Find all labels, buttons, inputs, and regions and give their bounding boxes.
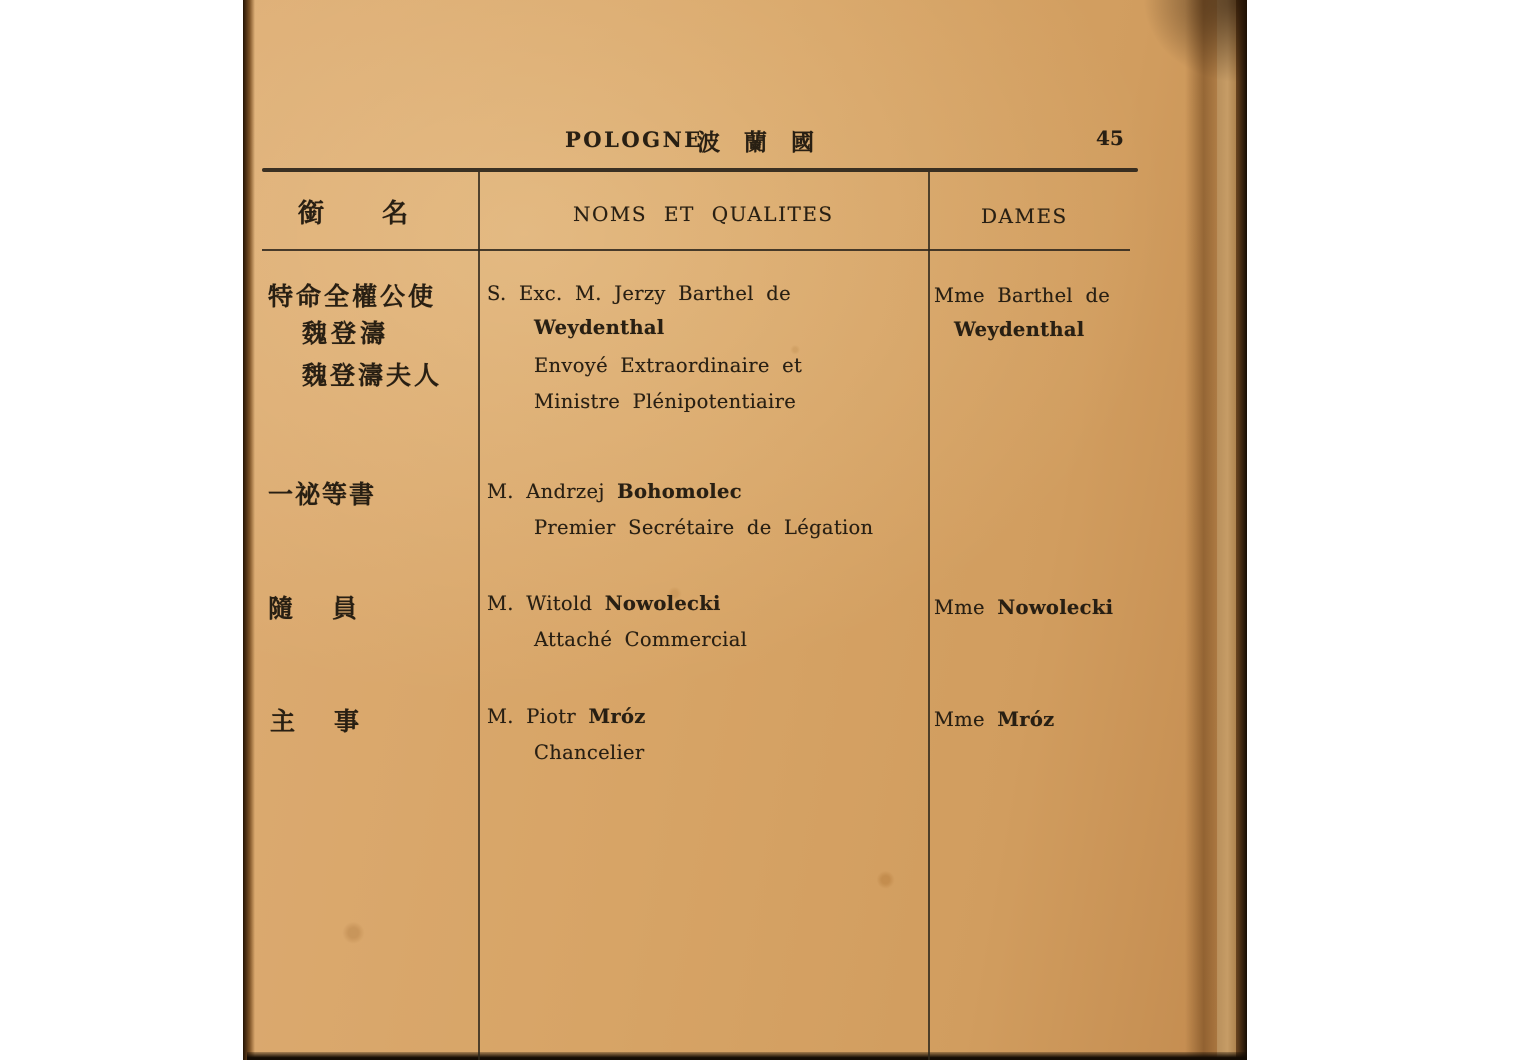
page-edge-bottom: [247, 1052, 1247, 1060]
row2-rank-line1: 一祕等書: [268, 475, 376, 511]
row4-dames-plain: Mme: [934, 708, 985, 731]
row3-noms-name-bold: Nowolecki: [605, 592, 721, 615]
column-header-rank: 銜 名: [298, 193, 408, 230]
row1-dames-line2: Weydenthal: [954, 318, 1085, 341]
scanned-book-page: POLOGNE 波蘭國 45 銜 名 NOMS ET QUALITES DAME…: [0, 0, 1517, 1060]
row4-rank-char1: 主: [270, 702, 298, 738]
row3-rank-char2: 員: [332, 589, 360, 625]
page-edge-strip: [1217, 0, 1238, 1060]
country-title-cjk: 波蘭國: [697, 124, 838, 157]
row3-noms-name-plain: M. Witold: [487, 592, 592, 615]
row1-rank-line2: 魏登濤: [302, 314, 389, 350]
row1-noms-line4: Ministre Plénipotentiaire: [534, 390, 796, 413]
row4-rank-line1: 主 事: [270, 702, 362, 738]
row4-noms-name-plain: M. Piotr: [487, 705, 576, 728]
rank-header-char1: 銜: [298, 193, 324, 230]
row4-dames-bold: Mróz: [997, 708, 1054, 731]
row3-noms-line1: M. Witold Nowolecki: [487, 592, 721, 615]
row3-rank-line1: 隨 員: [268, 589, 360, 625]
row4-dames-line1: Mme Mróz: [934, 708, 1055, 731]
row4-noms-line2: Chancelier: [534, 741, 644, 764]
row2-noms-line1: M. Andrzej Bohomolec: [487, 480, 742, 503]
row2-noms-name-bold: Bohomolec: [617, 480, 742, 503]
row3-dames-line1: Mme Nowolecki: [934, 596, 1113, 619]
column-header-dames: DAMES: [981, 204, 1068, 228]
row2-noms-name-plain: M. Andrzej: [487, 480, 605, 503]
row3-dames-plain: Mme: [934, 596, 985, 619]
row1-noms-line3: Envoyé Extraordinaire et: [534, 354, 802, 377]
row2-noms-line2: Premier Secrétaire de Légation: [534, 516, 873, 539]
row1-noms-line1: S. Exc. M. Jerzy Barthel de: [487, 282, 791, 305]
table-rule-header: [262, 249, 1130, 251]
row3-dames-bold: Nowolecki: [997, 596, 1113, 619]
page-crease-right: [1185, 0, 1219, 1060]
table-column-divider-1: [478, 172, 480, 1060]
row4-rank-char2: 事: [334, 702, 362, 738]
page-number: 45: [1096, 126, 1124, 150]
row3-rank-char1: 隨: [268, 589, 296, 625]
row1-rank-line1: 特命全權公使: [268, 277, 436, 313]
row4-noms-line1: M. Piotr Mróz: [487, 705, 646, 728]
page-edge-left: [243, 0, 255, 1060]
page-edge-right: [1236, 0, 1247, 1060]
row4-noms-name-bold: Mróz: [589, 705, 646, 728]
row3-noms-line2: Attaché Commercial: [534, 628, 747, 651]
table-column-divider-2: [928, 172, 930, 1060]
row1-noms-line2: Weydenthal: [534, 316, 665, 339]
country-title-latin: POLOGNE: [565, 127, 703, 152]
column-header-noms: NOMS ET QUALITES: [573, 202, 834, 226]
rank-header-char2: 名: [382, 193, 408, 230]
page-corner-shadow: [1130, 0, 1247, 130]
row1-dames-line1: Mme Barthel de: [934, 284, 1110, 307]
row1-rank-line3: 魏登濤夫人: [302, 356, 442, 392]
table-rule-top: [262, 168, 1138, 172]
